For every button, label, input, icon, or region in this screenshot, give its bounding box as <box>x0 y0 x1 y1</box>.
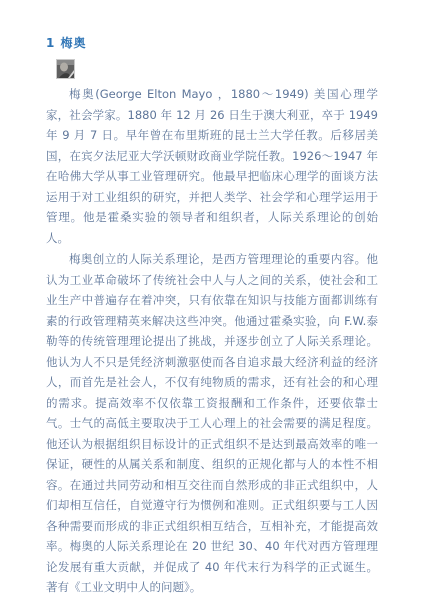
section-heading: 1 梅奥 <box>46 36 378 50</box>
paragraph-human-relations-theory: 梅奥创立的人际关系理论，是西方管理理论的重要内容。他认为工业革命破坏了传统社会中… <box>46 249 378 598</box>
paragraph-biography: 梅奥(George Elton Mayo ，1880～1949) 美国心理学家，… <box>46 84 378 248</box>
person-portrait-icon <box>57 60 74 78</box>
document-page: 1 梅奥 梅奥(George Elton Mayo ，1880～1949) 美国… <box>0 0 424 600</box>
portrait-thumbnail[interactable] <box>56 59 75 79</box>
